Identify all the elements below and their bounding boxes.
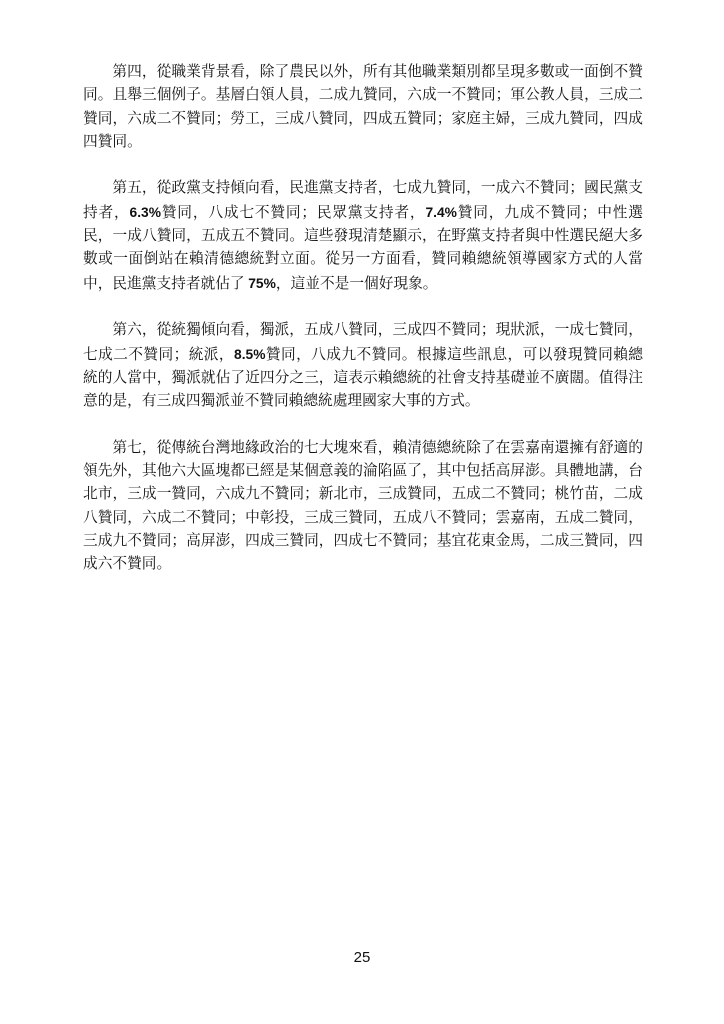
paragraph-party-support: 第五，從政黨支持傾向看，民進黨支持者，七成九贊同，一成六不贊同；國民黨支持者，6… xyxy=(83,177,643,295)
stat-number: 7.4% xyxy=(425,205,456,220)
paragraph-occupation: 第四，從職業背景看，除了農民以外，所有其他職業類別都呈現多數或一面倒不贊同。且舉… xyxy=(83,61,643,154)
stat-number: 75% xyxy=(248,276,276,291)
paragraph-unification-independence: 第六，從統獨傾向看，獨派，五成八贊同，三成四不贊同；現狀派，一成七贊同，七成二不… xyxy=(83,319,643,413)
text-run: 贊同，八成七不贊同；民眾黨支持者， xyxy=(161,205,425,221)
page-number: 25 xyxy=(0,949,724,966)
text-run: 第四，從職業背景看，除了農民以外，所有其他職業類別都呈現多數或一面倒不贊同。且舉… xyxy=(83,64,643,150)
text-run: 第七，從傳統台灣地緣政治的七大塊來看，賴清德總統除了在雲嘉南還擁有舒適的領先外，… xyxy=(83,440,643,572)
stat-number: 6.3% xyxy=(130,205,161,220)
stat-number: 8.5% xyxy=(234,347,265,362)
document-body: 第四，從職業背景看，除了農民以外，所有其他職業類別都呈現多數或一面倒不贊同。且舉… xyxy=(83,61,643,577)
text-run: ，這並不是一個好現象。 xyxy=(276,276,438,292)
paragraph-geopolitics: 第七，從傳統台灣地緣政治的七大塊來看，賴清德總統除了在雲嘉南還擁有舒適的領先外，… xyxy=(83,437,643,577)
document-page: 第四，從職業背景看，除了農民以外，所有其他職業類別都呈現多數或一面倒不贊同。且舉… xyxy=(0,0,724,1024)
